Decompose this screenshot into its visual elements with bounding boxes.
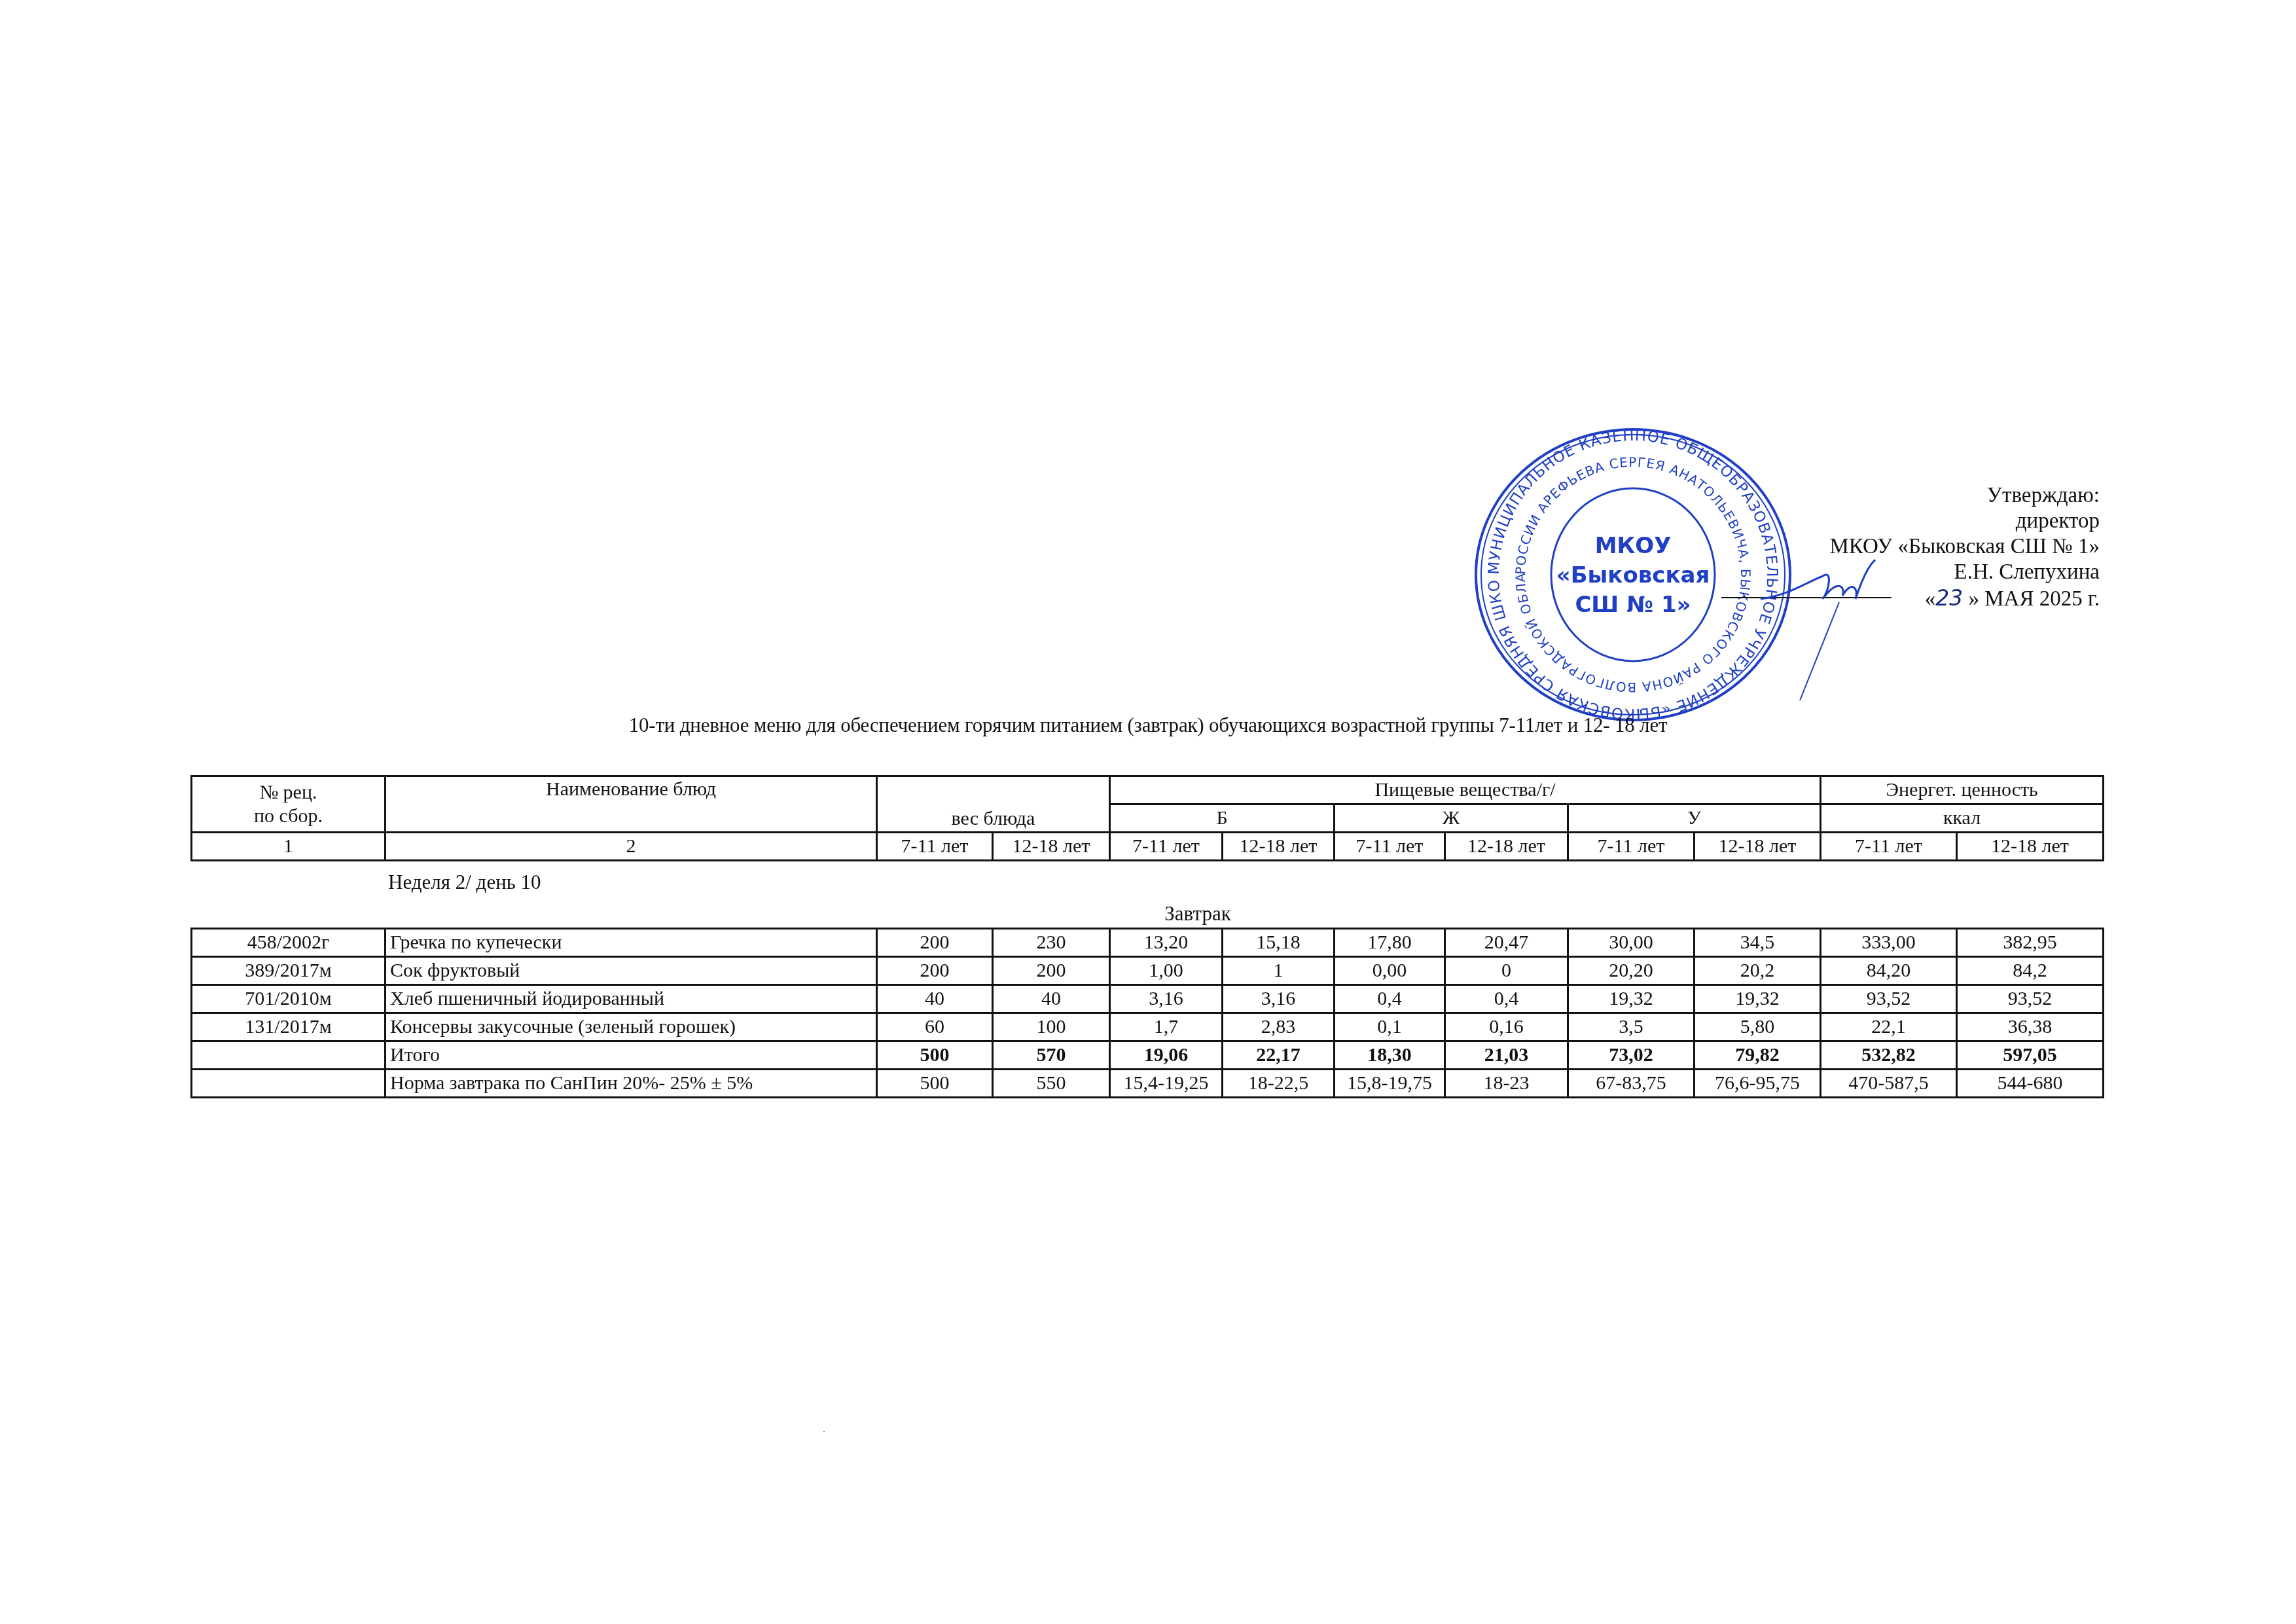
weight-7-11: 40: [877, 985, 993, 1013]
weight-7-11: 200: [877, 957, 993, 985]
protein-7-11: 3,16: [1110, 985, 1223, 1013]
kcal-7-11: 333,00: [1821, 929, 1957, 957]
weight-12-18: 40: [993, 985, 1110, 1013]
protein-12-18: 22,17: [1223, 1041, 1335, 1070]
week-day-label: Неделя 2/ день 10: [388, 871, 541, 894]
kcal-12-18: 84,2: [1957, 957, 2104, 985]
header-age-young: 7-11 лет: [1568, 833, 1695, 861]
kcal-7-11: 470-587,5: [1821, 1070, 1957, 1098]
carbs-7-11: 30,00: [1568, 929, 1695, 957]
carbs-12-18: 20,2: [1695, 957, 1821, 985]
header-age-young: 7-11 лет: [1821, 833, 1957, 861]
table-row: 389/2017мСок фруктовый2002001,0010,00020…: [192, 957, 2104, 985]
table-row: 458/2002гГречка по купечески20023013,201…: [192, 929, 2104, 957]
recipe-number: 389/2017м: [192, 957, 386, 985]
dish-name: Итого: [386, 1041, 877, 1070]
fat-7-11: 0,00: [1335, 957, 1445, 985]
protein-7-11: 15,4-19,25: [1110, 1070, 1223, 1098]
kcal-12-18: 382,95: [1957, 929, 2104, 957]
weight-7-11: 500: [877, 1070, 993, 1098]
carbs-12-18: 79,82: [1695, 1041, 1821, 1070]
recipe-number: 458/2002г: [192, 929, 386, 957]
recipe-number: [192, 1070, 386, 1098]
carbs-7-11: 19,32: [1568, 985, 1695, 1013]
menu-table-header: № рец.по сбор. Наименование блюд вес блю…: [190, 775, 2104, 861]
header-fat: Ж: [1335, 804, 1568, 833]
kcal-12-18: 93,52: [1957, 985, 2104, 1013]
approval-heading: Утверждаю:: [1829, 483, 2100, 509]
fat-12-18: 18-23: [1445, 1070, 1568, 1098]
header-age-old: 12-18 лет: [1957, 833, 2104, 861]
meal-label: Завтрак: [0, 902, 2296, 926]
recipe-number: 131/2017м: [192, 1013, 386, 1041]
weight-7-11: 500: [877, 1041, 993, 1070]
weight-12-18: 230: [993, 929, 1110, 957]
header-age-old: 12-18 лет: [1223, 833, 1335, 861]
kcal-7-11: 532,82: [1821, 1041, 1957, 1070]
protein-7-11: 1,7: [1110, 1013, 1223, 1041]
header-age-old: 12-18 лет: [993, 833, 1110, 861]
fat-12-18: 0,4: [1445, 985, 1568, 1013]
table-row: 701/2010мХлеб пшеничный йодированный4040…: [192, 985, 2104, 1013]
weight-12-18: 550: [993, 1070, 1110, 1098]
carbs-12-18: 5,80: [1695, 1013, 1821, 1041]
header-age-old: 12-18 лет: [1445, 833, 1568, 861]
document-title: 10-ти дневное меню для обеспечением горя…: [0, 713, 2296, 737]
scan-speck: [823, 1431, 825, 1432]
header-age-young: 7-11 лет: [1110, 833, 1223, 861]
dish-name: Хлеб пшеничный йодированный: [386, 985, 877, 1013]
header-energy: Энергет. ценность: [1821, 776, 2104, 804]
recipe-number: 701/2010м: [192, 985, 386, 1013]
carbs-12-18: 19,32: [1695, 985, 1821, 1013]
fat-7-11: 18,30: [1335, 1041, 1445, 1070]
weight-7-11: 60: [877, 1013, 993, 1041]
carbs-12-18: 34,5: [1695, 929, 1821, 957]
approval-position: директор: [1829, 509, 2100, 534]
approval-day: 23: [1935, 585, 1963, 611]
protein-12-18: 15,18: [1223, 929, 1335, 957]
fat-7-11: 0,1: [1335, 1013, 1445, 1041]
fat-7-11: 15,8-19,75: [1335, 1070, 1445, 1098]
protein-7-11: 19,06: [1110, 1041, 1223, 1070]
protein-12-18: 18-22,5: [1223, 1070, 1335, 1098]
weight-12-18: 570: [993, 1041, 1110, 1070]
protein-12-18: 3,16: [1223, 985, 1335, 1013]
school-stamp: МУНИЦИПАЛЬНОЕ КАЗЕННОЕ ОБЩЕОБРАЗОВАТЕЛЬН…: [1469, 425, 1797, 727]
kcal-7-11: 93,52: [1821, 985, 1957, 1013]
menu-table-body: 458/2002гГречка по купечески20023013,201…: [190, 928, 2104, 1098]
weight-12-18: 100: [993, 1013, 1110, 1041]
header-nutrients: Пищевые вещества/г/: [1110, 776, 1821, 804]
dish-name: Сок фруктовый: [386, 957, 877, 985]
fat-12-18: 20,47: [1445, 929, 1568, 957]
kcal-7-11: 22,1: [1821, 1013, 1957, 1041]
protein-12-18: 2,83: [1223, 1013, 1335, 1041]
stamp-line-1: МКОУ: [1595, 533, 1672, 559]
header-carbs: У: [1568, 804, 1821, 833]
fat-12-18: 21,03: [1445, 1041, 1568, 1070]
header-age-young: 7-11 лет: [877, 833, 993, 861]
kcal-12-18: 597,05: [1957, 1041, 2104, 1070]
norm-row: Норма завтрака по СанПин 20%- 25% ± 5%50…: [192, 1070, 2104, 1098]
carbs-7-11: 67-83,75: [1568, 1070, 1695, 1098]
header-weight: вес блюда: [877, 776, 1110, 833]
header-age-young: 7-11 лет: [1335, 833, 1445, 861]
table-row: 131/2017мКонсервы закусочные (зеленый го…: [192, 1013, 2104, 1041]
carbs-7-11: 3,5: [1568, 1013, 1695, 1041]
dish-name: Консервы закусочные (зеленый горошек): [386, 1013, 877, 1041]
header-col-1: 1: [192, 833, 386, 861]
protein-12-18: 1: [1223, 957, 1335, 985]
recipe-number: [192, 1041, 386, 1070]
header-rec-no: № рец.по сбор.: [192, 776, 386, 833]
carbs-7-11: 20,20: [1568, 957, 1695, 985]
carbs-12-18: 76,6-95,75: [1695, 1070, 1821, 1098]
kcal-12-18: 544-680: [1957, 1070, 2104, 1098]
fat-12-18: 0: [1445, 957, 1568, 985]
protein-7-11: 1,00: [1110, 957, 1223, 985]
weight-7-11: 200: [877, 929, 993, 957]
fat-7-11: 17,80: [1335, 929, 1445, 957]
protein-7-11: 13,20: [1110, 929, 1223, 957]
header-age-old: 12-18 лет: [1695, 833, 1821, 861]
stamp-line-2: «Быковская: [1556, 562, 1710, 588]
dish-name: Норма завтрака по СанПин 20%- 25% ± 5%: [386, 1070, 877, 1098]
header-col-2: 2: [386, 833, 877, 861]
dish-name: Гречка по купечески: [386, 929, 877, 957]
signature-icon: [1761, 550, 1931, 700]
header-kcal: ккал: [1821, 804, 2104, 833]
weight-12-18: 200: [993, 957, 1110, 985]
stamp-line-3: СШ № 1»: [1575, 592, 1691, 618]
header-dish-name: Наименование блюд: [386, 776, 877, 833]
header-protein: Б: [1110, 804, 1335, 833]
total-row: Итого50057019,0622,1718,3021,0373,0279,8…: [192, 1041, 2104, 1070]
carbs-7-11: 73,02: [1568, 1041, 1695, 1070]
fat-12-18: 0,16: [1445, 1013, 1568, 1041]
fat-7-11: 0,4: [1335, 985, 1445, 1013]
kcal-7-11: 84,20: [1821, 957, 1957, 985]
kcal-12-18: 36,38: [1957, 1013, 2104, 1041]
